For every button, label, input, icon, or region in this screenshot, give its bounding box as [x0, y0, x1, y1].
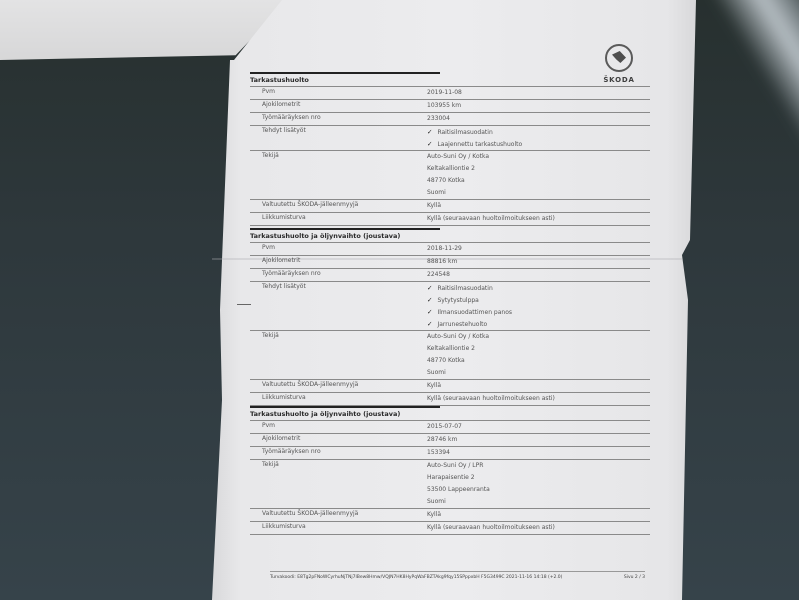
value-line: Kyllä — [427, 509, 650, 521]
value-line: 48770 Kotka — [427, 175, 650, 187]
row-value: 88816 km — [427, 256, 650, 268]
row-label: Tehdyt lisätyöt — [250, 126, 427, 150]
page-number: Sivu 2 / 3 — [624, 575, 645, 580]
row-value: Kyllä (seuraavaan huoltoilmoitukseen ast… — [427, 393, 650, 405]
row-label: Ajokilometrit — [250, 256, 427, 268]
security-code: Turvakoodi: E8Tg2pFNoWCyrhuNjTNj7lBew8Hm… — [270, 575, 562, 580]
service-row: Työmääräyksen nro153394 — [250, 447, 650, 460]
service-row: Ajokilometrit28746 km — [250, 434, 650, 447]
value-line: 224548 — [427, 269, 650, 281]
value-line: Kyllä — [427, 200, 650, 212]
service-row: Työmääräyksen nro233004 — [250, 113, 650, 126]
service-row: Ajokilometrit103955 km — [250, 100, 650, 113]
checked-item: Sytytystulppa — [427, 294, 650, 306]
value-line: Auto-Suni Oy / Kotka — [427, 331, 650, 343]
row-value: Auto-Suni Oy / LPRHarapaisentie 253500 L… — [427, 460, 650, 508]
row-label: Liikkumisturva — [250, 393, 427, 405]
row-label: Ajokilometrit — [250, 100, 427, 112]
value-line: 2019-11-08 — [427, 87, 650, 99]
value-line: Kyllä (seuraavaan huoltoilmoitukseen ast… — [427, 522, 650, 534]
service-row: LiikkumisturvaKyllä (seuraavaan huoltoil… — [250, 213, 650, 226]
value-line: 53500 Lappeenranta — [427, 484, 650, 496]
checked-item: Raitisilmasuodatin — [427, 126, 650, 138]
service-row: Ajokilometrit88816 km — [250, 256, 650, 269]
row-label: Liikkumisturva — [250, 522, 427, 534]
row-value: 103955 km — [427, 100, 650, 112]
checked-item: Raitisilmasuodatin — [427, 282, 650, 294]
margin-mark — [237, 304, 251, 305]
row-label: Tekijä — [250, 151, 427, 199]
row-label: Valtuutettu ŠKODA-jälleenmyyjä — [250, 380, 427, 392]
value-line: Auto-Suni Oy / Kotka — [427, 151, 650, 163]
row-value: Auto-Suni Oy / KotkaKeltakalliontie 2487… — [427, 151, 650, 199]
service-row: TekijäAuto-Suni Oy / LPRHarapaisentie 25… — [250, 460, 650, 509]
row-label: Työmääräyksen nro — [250, 113, 427, 125]
service-section: TarkastushuoltoPvm2019-11-08Ajokilometri… — [250, 72, 650, 226]
row-label: Työmääräyksen nro — [250, 447, 427, 459]
row-value: Kyllä (seuraavaan huoltoilmoitukseen ast… — [427, 213, 650, 225]
row-label: Tehdyt lisätyöt — [250, 282, 427, 330]
value-line: 48770 Kotka — [427, 355, 650, 367]
service-row: Tehdyt lisätyötRaitisilmasuodatinLaajenn… — [250, 126, 650, 151]
row-value: 224548 — [427, 269, 650, 281]
row-label: Liikkumisturva — [250, 213, 427, 225]
value-line: 28746 km — [427, 434, 650, 446]
row-value: 28746 km — [427, 434, 650, 446]
value-line: Keltakalliontie 2 — [427, 163, 650, 175]
value-line: Keltakalliontie 2 — [427, 343, 650, 355]
service-row: Työmääräyksen nro224548 — [250, 269, 650, 282]
checked-item: Jarrunestehuolto — [427, 318, 650, 330]
section-title: Tarkastushuolto ja öljynvaihto (joustava… — [250, 228, 440, 242]
section-title: Tarkastushuolto ja öljynvaihto (joustava… — [250, 406, 440, 420]
value-line: Harapaisentie 2 — [427, 472, 650, 484]
row-label: Valtuutettu ŠKODA-jälleenmyyjä — [250, 509, 427, 521]
row-value: 2015-07-07 — [427, 421, 650, 433]
service-row: TekijäAuto-Suni Oy / KotkaKeltakallionti… — [250, 151, 650, 200]
value-line: 103955 km — [427, 100, 650, 112]
row-value: Kyllä (seuraavaan huoltoilmoitukseen ast… — [427, 522, 650, 534]
service-row: Valtuutettu ŠKODA-jälleenmyyjäKyllä — [250, 200, 650, 213]
value-line: 2015-07-07 — [427, 421, 650, 433]
service-row: Valtuutettu ŠKODA-jälleenmyyjäKyllä — [250, 509, 650, 522]
row-label: Tekijä — [250, 460, 427, 508]
value-line: Suomi — [427, 496, 650, 508]
value-line: 2018-11-29 — [427, 243, 650, 255]
value-line: Auto-Suni Oy / LPR — [427, 460, 650, 472]
checked-item: Laajennettu tarkastushuolto — [427, 138, 650, 150]
row-value: 233004 — [427, 113, 650, 125]
row-value: 2019-11-08 — [427, 87, 650, 99]
row-label: Työmääräyksen nro — [250, 269, 427, 281]
row-label: Valtuutettu ŠKODA-jälleenmyyjä — [250, 200, 427, 212]
service-row: TekijäAuto-Suni Oy / KotkaKeltakallionti… — [250, 331, 650, 380]
service-row: LiikkumisturvaKyllä (seuraavaan huoltoil… — [250, 522, 650, 535]
row-label: Ajokilometrit — [250, 434, 427, 446]
row-value: Kyllä — [427, 509, 650, 521]
section-title: Tarkastushuolto — [250, 72, 440, 86]
value-line: 153394 — [427, 447, 650, 459]
value-line: 233004 — [427, 113, 650, 125]
value-line: Kyllä (seuraavaan huoltoilmoitukseen ast… — [427, 213, 650, 225]
document-footer: Turvakoodi: E8Tg2pFNoWCyrhuNjTNj7lBew8Hm… — [270, 571, 645, 580]
service-section: Tarkastushuolto ja öljynvaihto (joustava… — [250, 406, 650, 535]
service-row: LiikkumisturvaKyllä (seuraavaan huoltoil… — [250, 393, 650, 406]
row-value: RaitisilmasuodatinSytytystulppaIlmansuod… — [427, 282, 650, 330]
checked-item: Ilmansuodattimen panos — [427, 306, 650, 318]
service-section: Tarkastushuolto ja öljynvaihto (joustava… — [250, 228, 650, 406]
row-value: Kyllä — [427, 200, 650, 212]
service-row: Pvm2018-11-29 — [250, 242, 650, 256]
value-line: Kyllä (seuraavaan huoltoilmoitukseen ast… — [427, 393, 650, 405]
service-row: Tehdyt lisätyötRaitisilmasuodatinSytytys… — [250, 282, 650, 331]
service-row: Pvm2015-07-07 — [250, 420, 650, 434]
row-label: Pvm — [250, 243, 427, 255]
value-line: Suomi — [427, 187, 650, 199]
row-label: Pvm — [250, 87, 427, 99]
service-row: Pvm2019-11-08 — [250, 86, 650, 100]
row-label: Tekijä — [250, 331, 427, 379]
service-row: Valtuutettu ŠKODA-jälleenmyyjäKyllä — [250, 380, 650, 393]
row-value: Auto-Suni Oy / KotkaKeltakalliontie 2487… — [427, 331, 650, 379]
row-label: Pvm — [250, 421, 427, 433]
skoda-emblem-icon — [605, 44, 633, 72]
row-value: 2018-11-29 — [427, 243, 650, 255]
value-line: Suomi — [427, 367, 650, 379]
row-value: RaitisilmasuodatinLaajennettu tarkastush… — [427, 126, 650, 150]
row-value: Kyllä — [427, 380, 650, 392]
value-line: 88816 km — [427, 256, 650, 268]
value-line: Kyllä — [427, 380, 650, 392]
row-value: 153394 — [427, 447, 650, 459]
